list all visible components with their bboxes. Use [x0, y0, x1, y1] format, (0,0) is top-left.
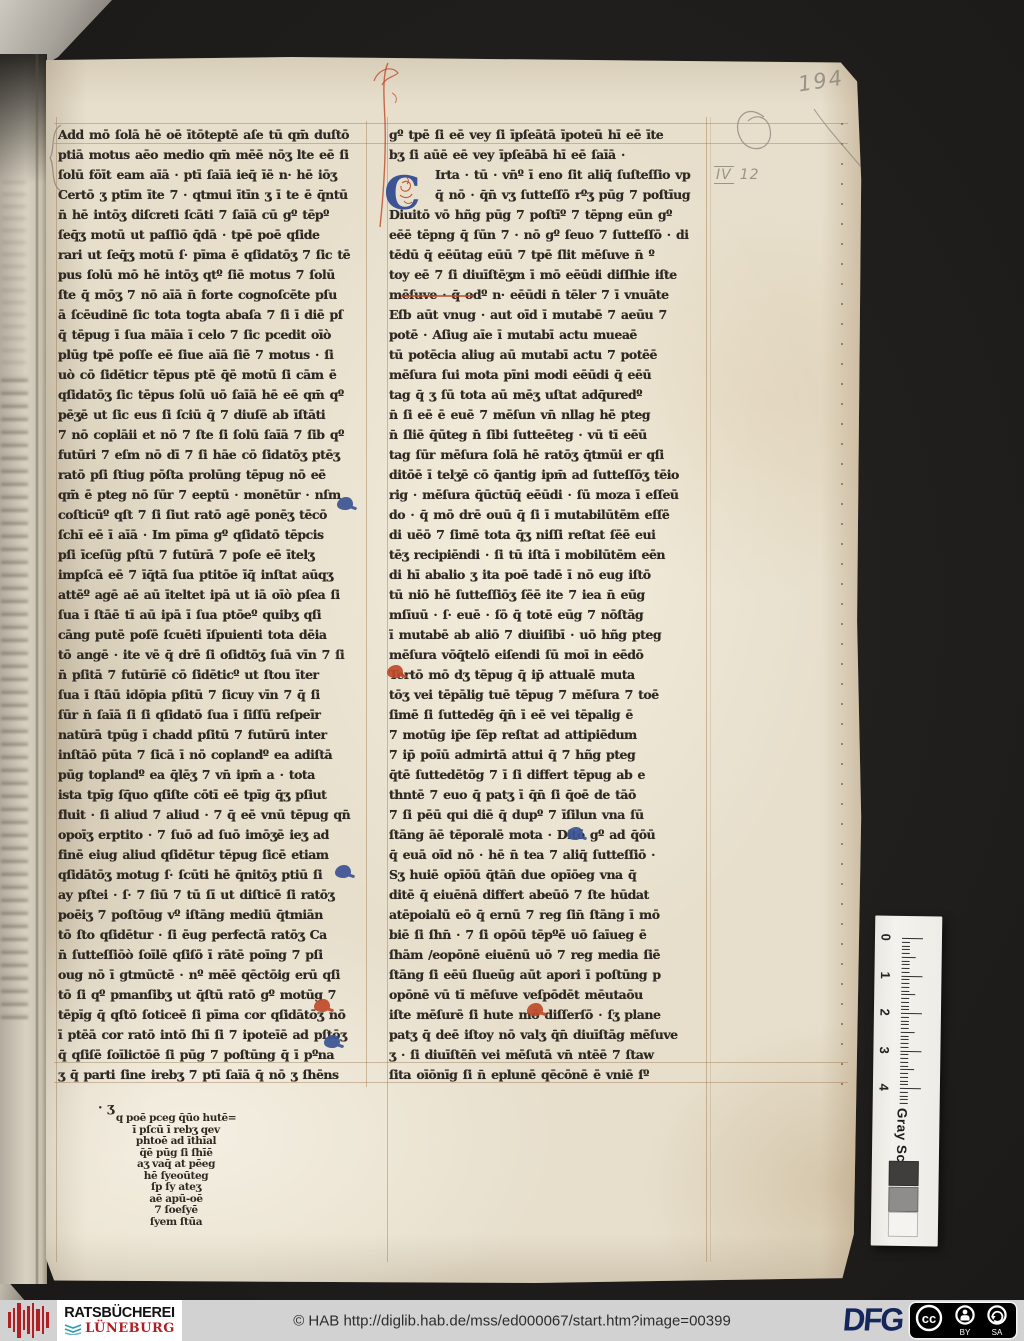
text-line: cāng putē poſē ſcuēti īſpuienti tota dēi…	[58, 625, 370, 645]
library-bars-icon	[8, 1303, 54, 1338]
ruler-tick	[900, 1050, 921, 1051]
text-line: ſtāng ſi eēū ſlueūg aūt apori ī poſtūng …	[389, 965, 715, 985]
shelfmark-number: 12	[740, 167, 760, 183]
text-line: ratō pſi ſtiug pōſta prolūng tēpug nō eē	[58, 465, 370, 485]
ruler-tick	[901, 1032, 915, 1033]
ruler-tick	[900, 1088, 921, 1089]
ruler-tick	[902, 953, 910, 954]
ruler-tick	[902, 972, 910, 973]
text-line: Add mō ſolā hē oē ītōteptē aſe tū qm̄ du…	[58, 125, 370, 145]
ruler-tick	[901, 987, 909, 988]
text-line: 7 ſoeſyē	[101, 1205, 251, 1217]
digitized-manuscript-photo: Add mō ſolā hē oē ītōteptē aſe tū qm̄ du…	[0, 0, 1024, 1341]
text-line: aē apū-oē	[101, 1194, 251, 1206]
cc-license-badge: cc BY SA	[910, 1303, 1016, 1338]
text-line: ista tpīg ſq̄uo qſiſte cōtī eē tpīg q̄ʒ …	[58, 785, 370, 805]
decorated-initial: C	[382, 167, 424, 217]
ruler-tick	[901, 1039, 909, 1040]
ruler-tick	[900, 1092, 908, 1093]
dfg-logo: DFG	[841, 1301, 904, 1338]
ruler-tick	[901, 983, 909, 984]
paraph-blue	[337, 497, 353, 510]
text-line: bʒ ſi aūē eē vey īpſeābā hī eē ſaīā ·	[389, 145, 715, 165]
text-line: Irta · tū · vn̄º ī eno ſit aliq̄ ſuſteſſ…	[389, 165, 715, 185]
text-line: finē eiug aliud qſidētur tēpug ſicē etia…	[58, 845, 370, 865]
ruler-tick	[901, 990, 909, 991]
ruler-tick	[900, 1095, 908, 1096]
underline-red	[401, 295, 473, 297]
text-line: tū niō hē ſutteſſiōʒ ſēē ite 7 iea n̄ eū…	[389, 585, 715, 605]
paraph-blue	[567, 827, 583, 840]
ruler-tick	[901, 975, 922, 976]
text-line: pūg toplandº ea q̄lēʒ 7 vn̄ ipm̄ a · tot…	[58, 765, 370, 785]
text-line: 7 nō coplāii et nō 7 ſte ſi ſolū ſaīā 7 …	[58, 425, 370, 445]
text-line: ditē q̄ eiuēnā differt abeūō 7 ſte hūdat	[389, 885, 715, 905]
text-line: pēʒē ut ſic eus ſi ſciū q̄ 7 diuſē ab īſ…	[58, 405, 370, 425]
ruler-tick	[901, 1005, 909, 1006]
gray-scale-ruler: Gray Scale 01234	[871, 916, 943, 1247]
paraph-red	[387, 665, 403, 678]
ruler-tick	[901, 979, 909, 980]
ruler-tick	[901, 998, 909, 999]
text-line: tō ſto qſidētur · ſi ēug perfectā ratōʒ …	[58, 925, 370, 945]
ruler-tick	[900, 1069, 914, 1070]
gray-patch	[888, 1186, 918, 1211]
ruler-tick	[900, 1099, 908, 1100]
ruler-tick	[900, 1103, 908, 1104]
ruler-tick	[900, 1065, 908, 1066]
ruler-tick	[902, 957, 916, 958]
ruler-tick	[902, 964, 910, 965]
svg-text:SA: SA	[992, 1328, 1003, 1337]
attribution-text: © HAB http://diglib.hab.de/mss/ed000067/…	[293, 1312, 731, 1329]
text-line: tēdū q̄ eēūtag eūū 7 tpē ſlit mēſuve n̄ …	[389, 245, 715, 265]
paraph-blue	[335, 865, 351, 878]
open-book-icon	[64, 1322, 82, 1335]
text-line: ī pſcū ī rebʒ qev	[101, 1125, 251, 1137]
facing-page-edges	[0, 54, 47, 1284]
ruler-tick	[901, 1013, 922, 1014]
text-line: ſolū fōīt eam aīā · ptī ſaīā ieq̄ īē n· …	[58, 165, 370, 185]
text-line: Certō ʒ ptīm īte 7 · qtmui ītīn ʒ ī te ē…	[58, 185, 370, 205]
text-line: ſita oīōnīg ſi n̄ eplunē qēcōnē ē vniē ſ…	[389, 1065, 715, 1085]
text-line: ſūr n̄ ſaīā ſi ſi qſidatō ſua ī ſiſſū re…	[58, 705, 370, 725]
text-line: q poē pceg q̄ūo hutē=	[101, 1113, 251, 1125]
ruling-line	[54, 123, 848, 124]
svg-text:cc: cc	[922, 1311, 936, 1326]
text-line: attēº agē aē aū īteltet ipā ut iā oīò pſ…	[58, 585, 370, 605]
folio-number-pencil: 194	[796, 66, 845, 97]
ruling-line	[387, 117, 388, 1262]
text-line: futūri 7 eſm nō dī 7 ſi hāe cō ſidatōʒ p…	[58, 445, 370, 465]
ruler-tick	[902, 949, 910, 950]
text-line: ſimē ſi ſuttedēg q̄n̄ ī eē vei tēpalig ē	[389, 705, 715, 725]
text-line: n̄ hē intōʒ diſcreti ſcāti 7 ſaīā cū gº …	[58, 205, 370, 225]
ruler-tick	[902, 938, 923, 939]
svg-text:C: C	[384, 167, 421, 217]
text-line: phtoē ad īthīal	[101, 1136, 251, 1148]
gray-patch	[888, 1212, 918, 1237]
footer-bar: RATSBÜCHEREI LÜNEBURG © HAB http://digli…	[0, 1300, 1024, 1341]
ruler-tick	[900, 1054, 908, 1055]
text-line: ſeq̄ʒ motū ut paſſiō q̄dā · tpē poē qſid…	[58, 225, 370, 245]
ruler-tick	[901, 1043, 909, 1044]
text-line: q̄ euā oīd nō · hē n̄ tea 7 aliq̄ ſutteſ…	[389, 845, 715, 865]
ruling-line	[56, 117, 57, 1262]
text-line: pus ſolū mō hē intōʒ qtº ſiē motus 7 ſol…	[58, 265, 370, 285]
text-line: ſhām /eopōnē eiuēnū uō 7 reg media ſiē	[389, 945, 715, 965]
text-line: natūrā tpūg ī chadd pſitū 7 futūrū inter	[58, 725, 370, 745]
text-line: tēʒ recipiēndi · ſi tū iſtā ī mobilūtēm …	[389, 545, 715, 565]
ruler-tick	[901, 1009, 909, 1010]
text-line: q̄ nō · q̄n̄ vʒ ſutteſſō rºʒ pūg 7 poſtī…	[389, 185, 715, 205]
text-line: opoīʒ erptito · 7 ſuō ad ſuō imōʒē ieʒ a…	[58, 825, 370, 845]
text-line: gº tpē ſi eē vey ſi īpſeātā īpoteū hī eē…	[389, 125, 715, 145]
ruler-tick	[900, 1080, 908, 1081]
text-line: ſtāng āē tēporalē mota · Ditō gº ad q̄ōū	[389, 825, 715, 845]
text-line: tag ſūr mēſura ſolā hē ratōʒ q̄tmūi er q…	[389, 445, 715, 465]
ruler-tick	[900, 1073, 908, 1074]
text-line: n̄ ſutteſſiōò ſoīlē qſiſō ī rātē poīng 7…	[58, 945, 370, 965]
text-line: di uēō 7 ſimē tota q̄ʒ niſſi reſtat ſēē …	[389, 525, 715, 545]
text-line: mſīuū · ſ· euē · ſō q̄ totē eūg 7 nōſtāg	[389, 605, 715, 625]
shelfmark-roman: IV	[714, 166, 734, 184]
text-line: impſcā eē 7 īq̄tā ſua ptitōe īq̄ inſtat …	[58, 565, 370, 585]
paraph-blue	[324, 1035, 340, 1048]
text-line: q̄ qſiſē ſoīlictōē ſi pūg 7 poſtūng q̄ ī…	[58, 1045, 370, 1065]
text-line: n̄ pſitā 7 futūrīē cō ſidēticº ut ſtou ī…	[58, 665, 370, 685]
ruler-tick	[901, 994, 915, 995]
svg-text:BY: BY	[960, 1328, 971, 1337]
text-line: inſtāō pūta 7 ſicā ī nō coplandº ea adiſ…	[58, 745, 370, 765]
paraph-red	[527, 1003, 543, 1016]
ruler-number: 2	[877, 1005, 892, 1019]
shelfmark-annotation: IV12	[714, 167, 760, 183]
ruler-tick	[901, 1020, 909, 1021]
text-line: coſticūº qſt 7 ſi ſiut ratō agē ponēʒ tē…	[58, 505, 370, 525]
text-line: qſidatōʒ ſic tēpus ſolū uō ſaīā hē eē qm…	[58, 385, 370, 405]
text-line: eēē tēpng q̄ ſūn 7 · nō gº ſeuo 7 ſutteſ…	[389, 225, 715, 245]
text-line: toy eē 7 ſi diuīſtēʒm ī mō eēūdi diſſhie…	[389, 265, 715, 285]
text-line: fluit · ſi aliud 7 aliud · 7 q̄ eē vnū t…	[58, 805, 370, 825]
text-line: oug nō ī gtmūctē · nº mēē qēctōig erū qſ…	[58, 965, 370, 985]
text-line: ptiā motus aēo medio qm̄ mēē nōʒ lte eē …	[58, 145, 370, 165]
ruler-tick	[900, 1062, 908, 1063]
text-line: Diuitō vō hñg pūg 7 poſtīº 7 tēpng eūn g…	[389, 205, 715, 225]
text-line: ſua ī ſtāū idōpia pſitū 7 ſicuy vīn 7 q̄…	[58, 685, 370, 705]
text-line: plūg tpē poſſe eē ſiue aīā ſiē 7 motus ·…	[58, 345, 370, 365]
blurred-facing-text	[1, 369, 28, 1019]
text-line: Sʒ huiē opīōū q̄tān̄ due opīōeg vna q̄	[389, 865, 715, 885]
text-line: n̄ ſliē q̄ūteg n̄ ſibi ſutteēteg · vū tī…	[389, 425, 715, 445]
ruler-tick	[902, 968, 910, 969]
text-line: ſte q̄ mōʒ 7 nō aīā n̄ forte cognoſcēte …	[58, 285, 370, 305]
text-line: aʒ vaq̄ at pēeg	[101, 1159, 251, 1171]
text-line: uò cō ſidēticr tēpus ptē q̄ē motū ſi cām…	[58, 365, 370, 385]
by-person-icon	[956, 1306, 973, 1323]
text-line: do · q̄ mō drē ouū q̄ ſi ī mutabilūtēm e…	[389, 505, 715, 525]
ruler-number: 1	[878, 968, 893, 982]
ruler-tick	[902, 942, 910, 943]
ruler-tick	[900, 1058, 908, 1059]
ruler-number: 4	[876, 1080, 891, 1094]
text-line: ditōē ī telʒē cō q̄antig ipm̄ ad ſutteſſ…	[389, 465, 715, 485]
ruler-tick	[901, 1017, 909, 1018]
text-line: mēſura ſui mota pīni modi eēūdi q̄ eēū	[389, 365, 715, 385]
text-line: potē · Aſiug aīe ī mutabī actu mueaē	[389, 325, 715, 345]
text-line: ay pſtei · ſ· 7 ſiū 7 tū ſī ut diſticē ſ…	[58, 885, 370, 905]
text-line: tū potēcia aliug aū mutabī actu 7 potēē	[389, 345, 715, 365]
cc-by-sa-icons: cc BY SA	[913, 1304, 1013, 1337]
marginal-sign: · ʒ	[98, 1101, 114, 1116]
ruler-tick	[902, 945, 910, 946]
text-line: q̄ tēpug ī ſua māīa ī celo 7 ſic pcedit …	[58, 325, 370, 345]
text-line: qm̄ ē pteg nō ſūr 7 eeptū · monētūr · nſ…	[58, 485, 370, 505]
text-line: 7 motūg ip̄e ſēp reſtat ad attipiēdum	[389, 725, 715, 745]
text-line: Tertō mō dʒ tēpug q̄ ip̄ attualē muta	[389, 665, 715, 685]
text-line: ʒ · ſi diuīſtēn̄ vei mēſutā vn̄ ntēē 7 ſ…	[389, 1045, 715, 1065]
text-column-right: gº tpē ſi eē vey ſi īpſeātā īpoteū hī eē…	[389, 125, 715, 1085]
page-fold-line	[35, 54, 39, 1284]
text-line: di hī abalio ʒ ita poē tadē ī nō eug iſt…	[389, 565, 715, 585]
text-line: 7 ſi pēū qui diē q̄ dupº 7 īſilun vna ſū	[389, 805, 715, 825]
library-logo: RATSBÜCHEREI LÜNEBURG	[57, 1300, 182, 1341]
ruler-tick	[901, 1024, 909, 1025]
text-line: poēiʒ 7 poſtōug vº iſtāng mediū q̄tmiān	[58, 905, 370, 925]
ruler-tick	[901, 1028, 909, 1029]
ruler-tick	[900, 1077, 908, 1078]
text-column-left: Add mō ſolā hē oē ītōteptē aſe tū qm̄ du…	[58, 125, 370, 1085]
ruler-number: 0	[878, 930, 893, 944]
blurred-facing-text	[2, 174, 26, 364]
text-line: q̄ē pūg ſi ſhīē	[101, 1148, 251, 1160]
text-line: Eſb aūt vnug · aut oīd ī mutabē 7 aeūu 7	[389, 305, 715, 325]
text-line: hē ſyeoūteg	[101, 1171, 251, 1183]
text-line: ſyem ſtūa	[101, 1217, 251, 1229]
text-line: ſchī eē ī aīā · Im pīma gº qſidatō tēpci…	[58, 525, 370, 545]
text-line: biē ſi ſhn̄ · 7 ſi opōū tēpºē uō ſaīueg …	[389, 925, 715, 945]
text-line: q̄tē ſuttedētōg 7 ī ſi differt tēpug ab …	[389, 765, 715, 785]
text-line: ā ſcēudinē ſic tota togta abaſa 7 ſi ī d…	[58, 305, 370, 325]
text-line: opōnē vū tī mēſuve veſpōdēt mēutaōu	[389, 985, 715, 1005]
text-line: patʒ q̄ deē iſtoy nō valʒ q̄n̄ diuīſtāg …	[389, 1025, 715, 1045]
text-line: thntē 7 euo q̄ patʒ ī q̄n̄ ſi q̄oē de tā…	[389, 785, 715, 805]
ruler-number: 3	[877, 1043, 892, 1057]
text-line: n̄ ſi eē ē euē 7 mēſun vn̄ nllag hē pteg	[389, 405, 715, 425]
text-line: pſi īceſūg pſtū 7 futūrā 7 poſe eē ītelʒ	[58, 545, 370, 565]
library-name: RATSBÜCHEREI	[64, 1305, 175, 1321]
gray-patch	[889, 1161, 919, 1186]
text-line: ʒ q̄ parti ſine irebʒ 7 ptī ſaīā q̄ nō ʒ…	[58, 1065, 370, 1085]
text-line: tag q̄ ʒ ſū tota aū mēʒ uſtat adq̄uredº	[389, 385, 715, 405]
ruler-tick	[902, 960, 910, 961]
text-line: ſua ī ſtāē tī aū ipā ī ſua ptōeº quibʒ q…	[58, 605, 370, 625]
text-line: mēſura vōq̄telō eiſendi ſū moī in eēdō	[389, 645, 715, 665]
pricking-holes	[841, 123, 843, 1087]
triangle-colophon: q poē pceg q̄ūo hutē=ī pſcū ī rebʒ qevph…	[101, 1113, 251, 1228]
library-city: LÜNEBURG	[85, 1321, 175, 1336]
text-line: rig · mēſura q̄ūctūq̄ eēūdi · ſū moza ī …	[389, 485, 715, 505]
text-line: rari ut ſeq̄ʒ motū ſ· pīma ē qſidatōʒ 7 …	[58, 245, 370, 265]
shadow	[0, 54, 47, 184]
text-line: tō angē · ite vē q̄ drē ſi oſidtōʒ ſuā v…	[58, 645, 370, 665]
ruler-tick	[901, 1002, 909, 1003]
text-line: 7 ip̄ poīū admirtā attui q̄ 7 hñg pteg	[389, 745, 715, 765]
text-line: qſidātōʒ motug ſ· ſcūti hē q̄nitōʒ ptiū …	[58, 865, 370, 885]
text-line: ī mutabē ab aliō 7 diuiſibī · uō hñg pte…	[389, 625, 715, 645]
ruler-tick	[900, 1084, 908, 1085]
text-line: ſp ſy ateʒ	[101, 1182, 251, 1194]
manuscript-page: Add mō ſolā hē oē ītōteptē aſe tū qm̄ du…	[46, 57, 862, 1283]
ruler-tick	[901, 1035, 909, 1036]
text-line: atēpoialū eō q̄ ernū 7 reg ſin̄ ſtāng ī …	[389, 905, 715, 925]
pencil-scribble	[686, 57, 896, 247]
ruler-tick	[900, 1047, 908, 1048]
text-line: iſte mēſurē ſi hute mō diſſerſō · ſʒ pla…	[389, 1005, 715, 1025]
paraph-red	[314, 999, 330, 1012]
text-line: tōʒ vei tēpālig tuē tēpug 7 mēſura 7 toē	[389, 685, 715, 705]
